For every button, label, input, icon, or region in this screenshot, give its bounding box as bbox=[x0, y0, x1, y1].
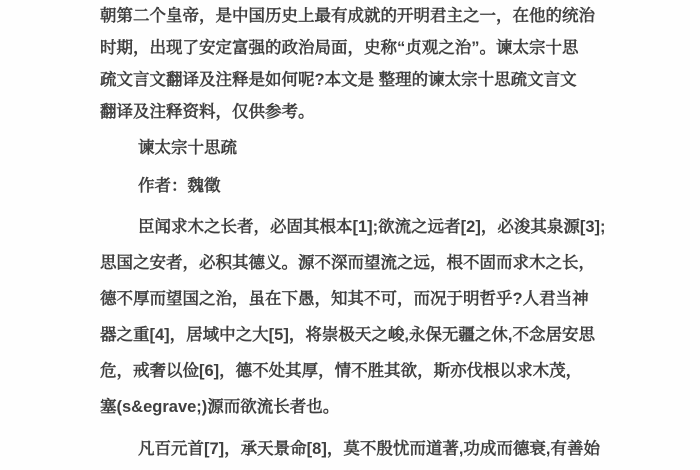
body-line: 凡百元首[7]，承天景命[8]，莫不殷忧而道著,功成而德衰,有善始 bbox=[100, 431, 640, 467]
body-line: 思国之安者，必积其德义。源不深而望流之远，根不固而求木之长， bbox=[100, 245, 640, 281]
body-paragraph-2: 凡百元首[7]，承天景命[8]，莫不殷忧而道著,功成而德衰,有善始 bbox=[100, 431, 640, 467]
intro-line: 朝第二个皇帝，是中国历史上最有成就的开明君主之一，在他的统治 bbox=[100, 0, 640, 32]
body-line: 器之重[4]，居域中之大[5]，将崇极天之峻,永保无疆之休,不念居安思 bbox=[100, 317, 640, 353]
body-paragraph-1: 臣闻求木之长者，必固其根本[1];欲流之远者[2]，必浚其泉源[3]; 思国之安… bbox=[100, 209, 640, 425]
document-page: 朝第二个皇帝，是中国历史上最有成就的开明君主之一，在他的统治 时期，出现了安定富… bbox=[0, 0, 700, 470]
body-line: 臣闻求木之长者，必固其根本[1];欲流之远者[2]，必浚其泉源[3]; bbox=[100, 209, 640, 245]
intro-line: 翻译及注释资料，仅供参考。 bbox=[100, 96, 640, 128]
body-line: 塞(s&egrave;)源而欲流长者也。 bbox=[100, 389, 640, 425]
intro-line: 时期，出现了安定富强的政治局面，史称“贞观之治”。谏太宗十思 bbox=[100, 32, 640, 64]
intro-paragraph: 朝第二个皇帝，是中国历史上最有成就的开明君主之一，在他的统治 时期，出现了安定富… bbox=[100, 0, 640, 128]
document-title: 谏太宗十思疏 bbox=[100, 130, 640, 167]
body-line: 德不厚而望国之治，虽在下愚，知其不可，而况于明哲乎?人君当神 bbox=[100, 281, 640, 317]
author-line: 作者：魏徵 bbox=[100, 168, 640, 205]
article-content: 朝第二个皇帝，是中国历史上最有成就的开明君主之一，在他的统治 时期，出现了安定富… bbox=[0, 0, 700, 467]
body-line: 危，戒奢以俭[6]，德不处其厚，情不胜其欲，斯亦伐根以求木茂， bbox=[100, 353, 640, 389]
intro-line: 疏文言文翻译及注释是如何呢?本文是 整理的谏太宗十思疏文言文 bbox=[100, 64, 640, 96]
